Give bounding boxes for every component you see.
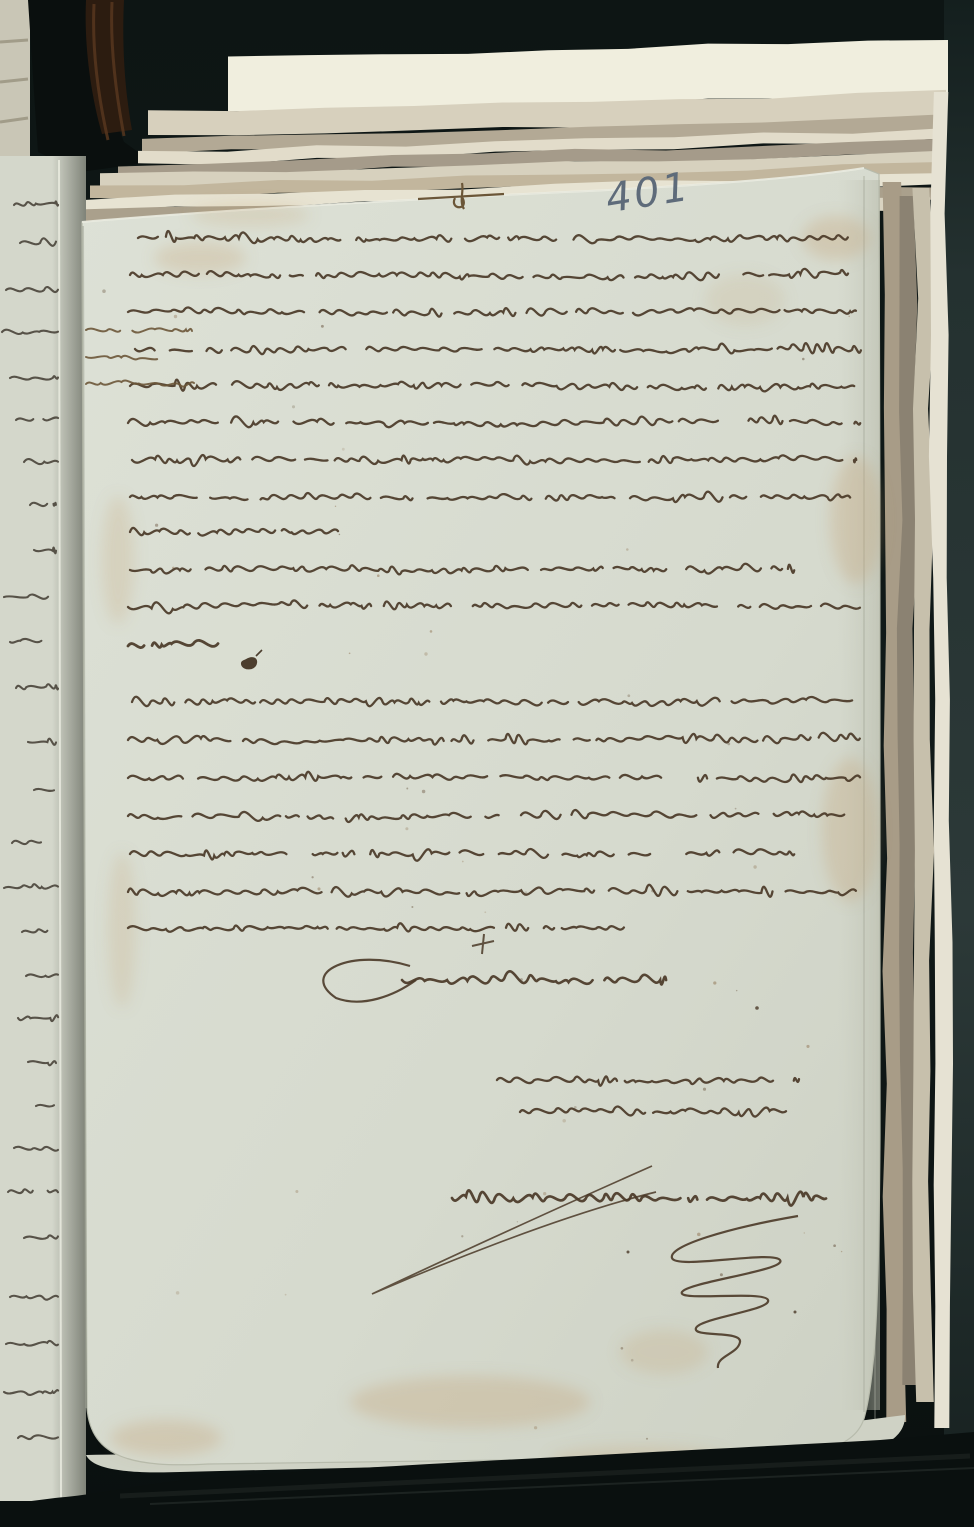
speckle bbox=[422, 790, 425, 793]
speckle bbox=[562, 1119, 566, 1123]
speckle bbox=[321, 325, 324, 328]
gutter-shadow bbox=[52, 156, 86, 1501]
stain bbox=[110, 1420, 222, 1456]
speckle bbox=[335, 506, 336, 507]
archive-photo-stage: 401 bbox=[0, 0, 974, 1527]
stain bbox=[108, 852, 136, 1008]
stain bbox=[620, 1330, 708, 1374]
speckle bbox=[833, 1244, 836, 1247]
speckle bbox=[155, 524, 158, 527]
stain bbox=[705, 274, 785, 326]
speckle bbox=[311, 876, 313, 878]
speckle bbox=[534, 1426, 537, 1429]
left-stack-edges bbox=[0, 0, 30, 168]
speckle bbox=[342, 448, 345, 451]
stain bbox=[154, 242, 246, 274]
speckle bbox=[735, 808, 737, 810]
speckle bbox=[424, 652, 427, 655]
speckle bbox=[295, 1190, 298, 1193]
speckle bbox=[462, 861, 464, 863]
speckle bbox=[713, 981, 716, 984]
speckle bbox=[543, 1192, 546, 1195]
ink-dot bbox=[794, 1311, 797, 1314]
speckle bbox=[703, 1088, 706, 1091]
speckle bbox=[736, 990, 737, 991]
speckle bbox=[631, 1359, 634, 1362]
speckle bbox=[697, 1233, 701, 1237]
speckle bbox=[406, 788, 408, 790]
speckle bbox=[349, 652, 351, 654]
speckle bbox=[804, 1232, 805, 1233]
speckle bbox=[317, 887, 320, 890]
speckle bbox=[626, 548, 629, 551]
speckle bbox=[174, 315, 177, 318]
speckle bbox=[484, 911, 486, 913]
speckle bbox=[176, 1291, 180, 1295]
speckle bbox=[848, 316, 850, 318]
stain bbox=[350, 1376, 590, 1428]
speckle bbox=[430, 630, 433, 633]
speckle bbox=[802, 358, 805, 361]
speckle bbox=[102, 289, 106, 293]
speckle bbox=[411, 906, 413, 908]
stain bbox=[102, 496, 134, 624]
speckle bbox=[461, 1235, 463, 1237]
speckle bbox=[841, 1251, 842, 1252]
speckle bbox=[627, 694, 630, 697]
stain bbox=[190, 203, 310, 227]
speckle bbox=[339, 534, 341, 536]
speckle bbox=[517, 1221, 518, 1222]
speckle bbox=[720, 1273, 723, 1276]
speckle bbox=[405, 827, 408, 830]
ink-dot bbox=[627, 1251, 630, 1254]
speckle bbox=[621, 1347, 624, 1350]
stain bbox=[830, 456, 882, 584]
speckle bbox=[292, 405, 295, 408]
speckle bbox=[753, 865, 756, 868]
speckle bbox=[377, 574, 380, 577]
speckle bbox=[806, 1045, 809, 1048]
speckle bbox=[285, 1294, 287, 1296]
speckle bbox=[646, 1438, 648, 1440]
ink-dot bbox=[755, 1006, 759, 1010]
manuscript-photo: 401 bbox=[0, 0, 974, 1527]
